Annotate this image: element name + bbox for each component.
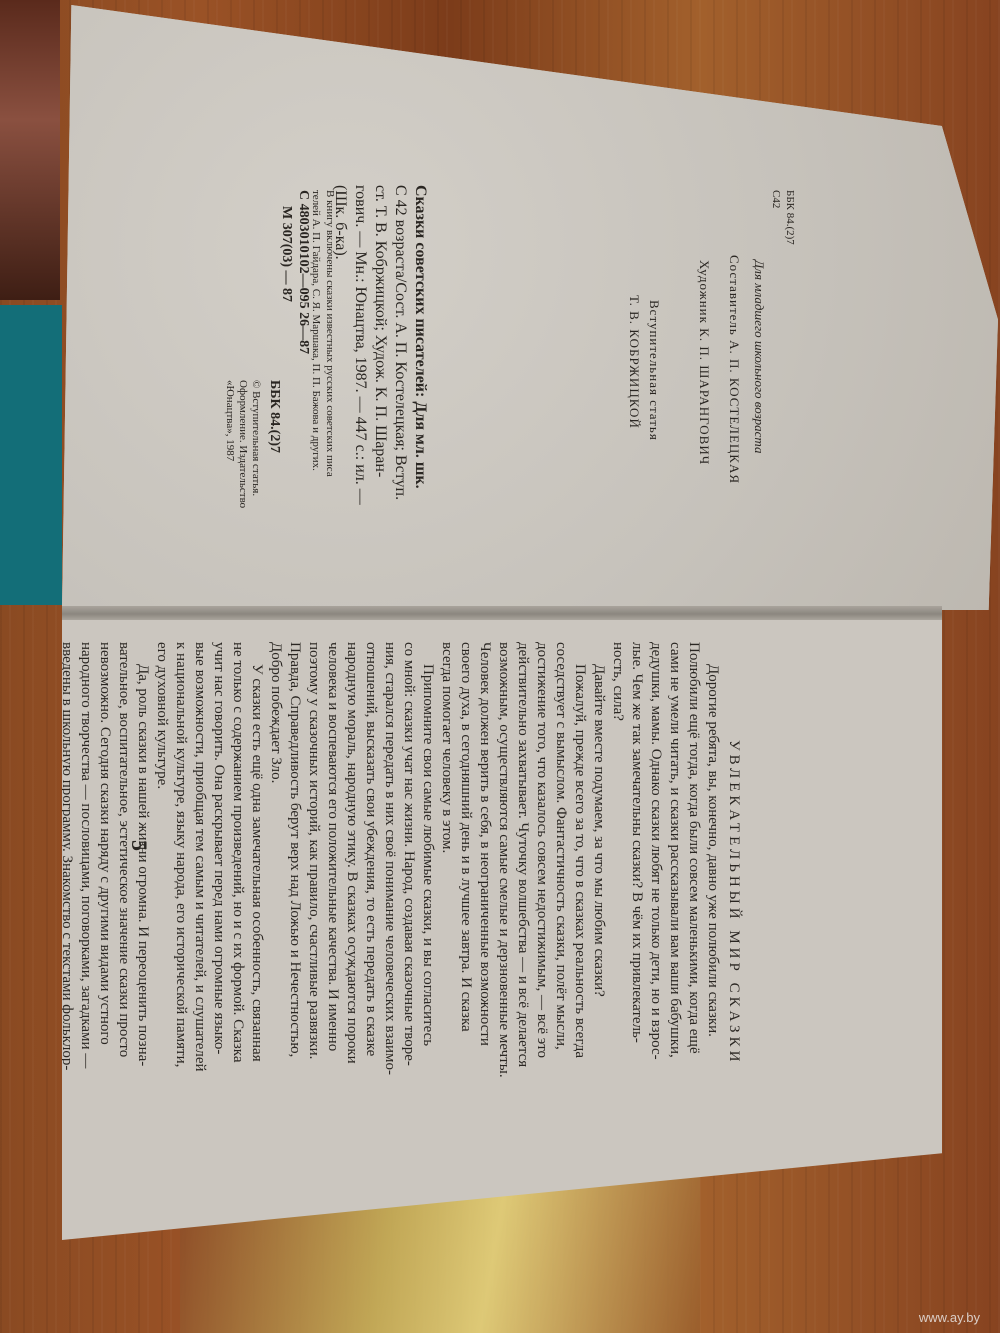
article-line: ния, старался передать в них своё понима…	[380, 642, 399, 1078]
article-line: вые возможности, приобщая тем самым и чи…	[190, 642, 209, 1078]
article-line: соседствует с вымыслом. Фантастичность с…	[551, 642, 570, 1078]
article-line: не только с содержанием произведений, но…	[228, 642, 247, 1078]
article-line: его духовной культуре.	[152, 642, 171, 1078]
article-heading: УВЛЕКАТЕЛЬНЫЙ МИР СКАЗКИ	[725, 740, 742, 1065]
corner-code-c42: С42	[769, 190, 783, 245]
article-line: сами не умели читать, и сказки рассказыв…	[665, 642, 684, 1078]
background-plant	[0, 0, 60, 300]
article-line: Добро побеждает Зло.	[266, 642, 285, 1078]
intro-author: Т. В. КОБРЖИЦКОЙ	[626, 295, 642, 429]
code-letter: С	[296, 190, 311, 200]
article-line: своего духа, в сегодняшний день и в лучш…	[456, 642, 475, 1078]
catalog-entry: Сказки советских писателей: Для мл. шк. …	[330, 185, 430, 505]
article-line: поэтому у сказочных историй, как правило…	[304, 642, 323, 1078]
copyright-line-3: «Юнацтва», 1987	[223, 380, 236, 508]
bbk-code: ББК 84.(2)7	[266, 380, 282, 453]
illustrator-line: Художник К. П. ШАРАНГОВИЧ	[696, 260, 712, 465]
article-line: Правда, Справедливость берут верх над Ло…	[285, 642, 304, 1078]
article-line: возможным, осуществляются самые смелые и…	[494, 642, 513, 1078]
article-line: народного творчества — пословицами, пого…	[76, 642, 95, 1078]
catalog-line-1: Сказки советских писателей: Для мл. шк.	[412, 185, 429, 489]
page-number: 5	[126, 840, 152, 851]
article-line: вательное, воспитательное, эстетическое …	[114, 642, 133, 1078]
article-line: человека и воспеваются его положительные…	[323, 642, 342, 1078]
copyright-line-2: Оформление. Издательство	[236, 380, 249, 508]
article-line: Пожалуй, прежде всего за то, что в сказк…	[570, 642, 589, 1078]
article-line: народную мораль, народную этику. В сказк…	[342, 642, 361, 1078]
article-line: У сказки есть ещё одна замечательная осо…	[247, 642, 266, 1078]
book-gutter	[62, 606, 942, 622]
article-line: всегда помогает человеку в этом.	[437, 642, 456, 1078]
article-line: учит нас говорить. Она раскрывает перед …	[209, 642, 228, 1078]
catalog-line-4: гович. — Мн.: Юнацтва, 1987. — 447 с.: и…	[350, 185, 370, 505]
article-line: Человек должен верить в себя, в неограни…	[475, 642, 494, 1078]
annotation-line-1: В книгу включены сказки известных русски…	[323, 190, 337, 477]
compiler-line: Составитель А. П. КОСТЕЛЕЦКАЯ	[726, 255, 742, 484]
watermark: www.ay.by	[919, 1310, 980, 1325]
article-line: Давайте вместе подумаем, за что мы любим…	[589, 642, 608, 1078]
article-line: отношений, высказать свои убеждения, то …	[361, 642, 380, 1078]
article-line: со мной: сказки учат нас жизни. Народ, с…	[399, 642, 418, 1078]
code-block: С 4803010102—095 26—87 М 307(03) — 87	[278, 190, 312, 354]
article-line: Полюбили ещё тогда, когда были совсем ма…	[684, 642, 703, 1078]
code-suffix: 26—87	[296, 312, 311, 354]
article-line: лые. Чем же так замечательны сказки? В ч…	[627, 642, 646, 1078]
code-numerator: 4803010102—095	[296, 204, 311, 309]
annotation: В книгу включены сказки известных русски…	[309, 190, 337, 477]
copyright-notice: © Вступительная статья. Оформление. Изда…	[223, 380, 262, 508]
article-line: дедушки, мамы. Однако сказки любят не то…	[646, 642, 665, 1078]
article-body: Дорогие ребята, вы, конечно, давно уже п…	[0, 642, 722, 1078]
intro-label: Вступительная статья	[646, 300, 662, 441]
code-denominator: М 307(03) — 87	[278, 190, 295, 354]
article-line: действительно захватывает. Чуточку волше…	[513, 642, 532, 1078]
article-line: Припомните свои самые любимые сказки, и …	[418, 642, 437, 1078]
corner-bbk-code: ББК 84.(2)7 С42	[769, 190, 797, 245]
article-page: УВЛЕКАТЕЛЬНЫЙ МИР СКАЗКИ Дорогие ребята,…	[62, 620, 942, 1240]
audience-label: Для младшего школьного возраста	[751, 260, 767, 453]
copyright-line-1: © Вступительная статья.	[249, 380, 262, 508]
article-line: Да, роль сказки в нашей жизни огромна. И…	[133, 642, 152, 1078]
article-line: ность, сила?	[608, 642, 627, 1078]
article-line: невозможно. Сегодня сказки наряду с друг…	[95, 642, 114, 1078]
catalog-line-3: ст. Т. В. Кобржицкой; Худож. К. П. Шаран…	[370, 185, 390, 505]
corner-code-bbk: ББК 84.(2)7	[783, 190, 797, 245]
article-line: Дорогие ребята, вы, конечно, давно уже п…	[703, 642, 722, 1078]
teal-cloth	[0, 305, 62, 605]
article-line: достижение того, что казалось совсем нед…	[532, 642, 551, 1078]
article-line: к национальной культуре, языку народа, е…	[171, 642, 190, 1078]
catalog-line-2: С 42 возраста/Сост. А. П. Костелецкая; В…	[390, 185, 410, 505]
